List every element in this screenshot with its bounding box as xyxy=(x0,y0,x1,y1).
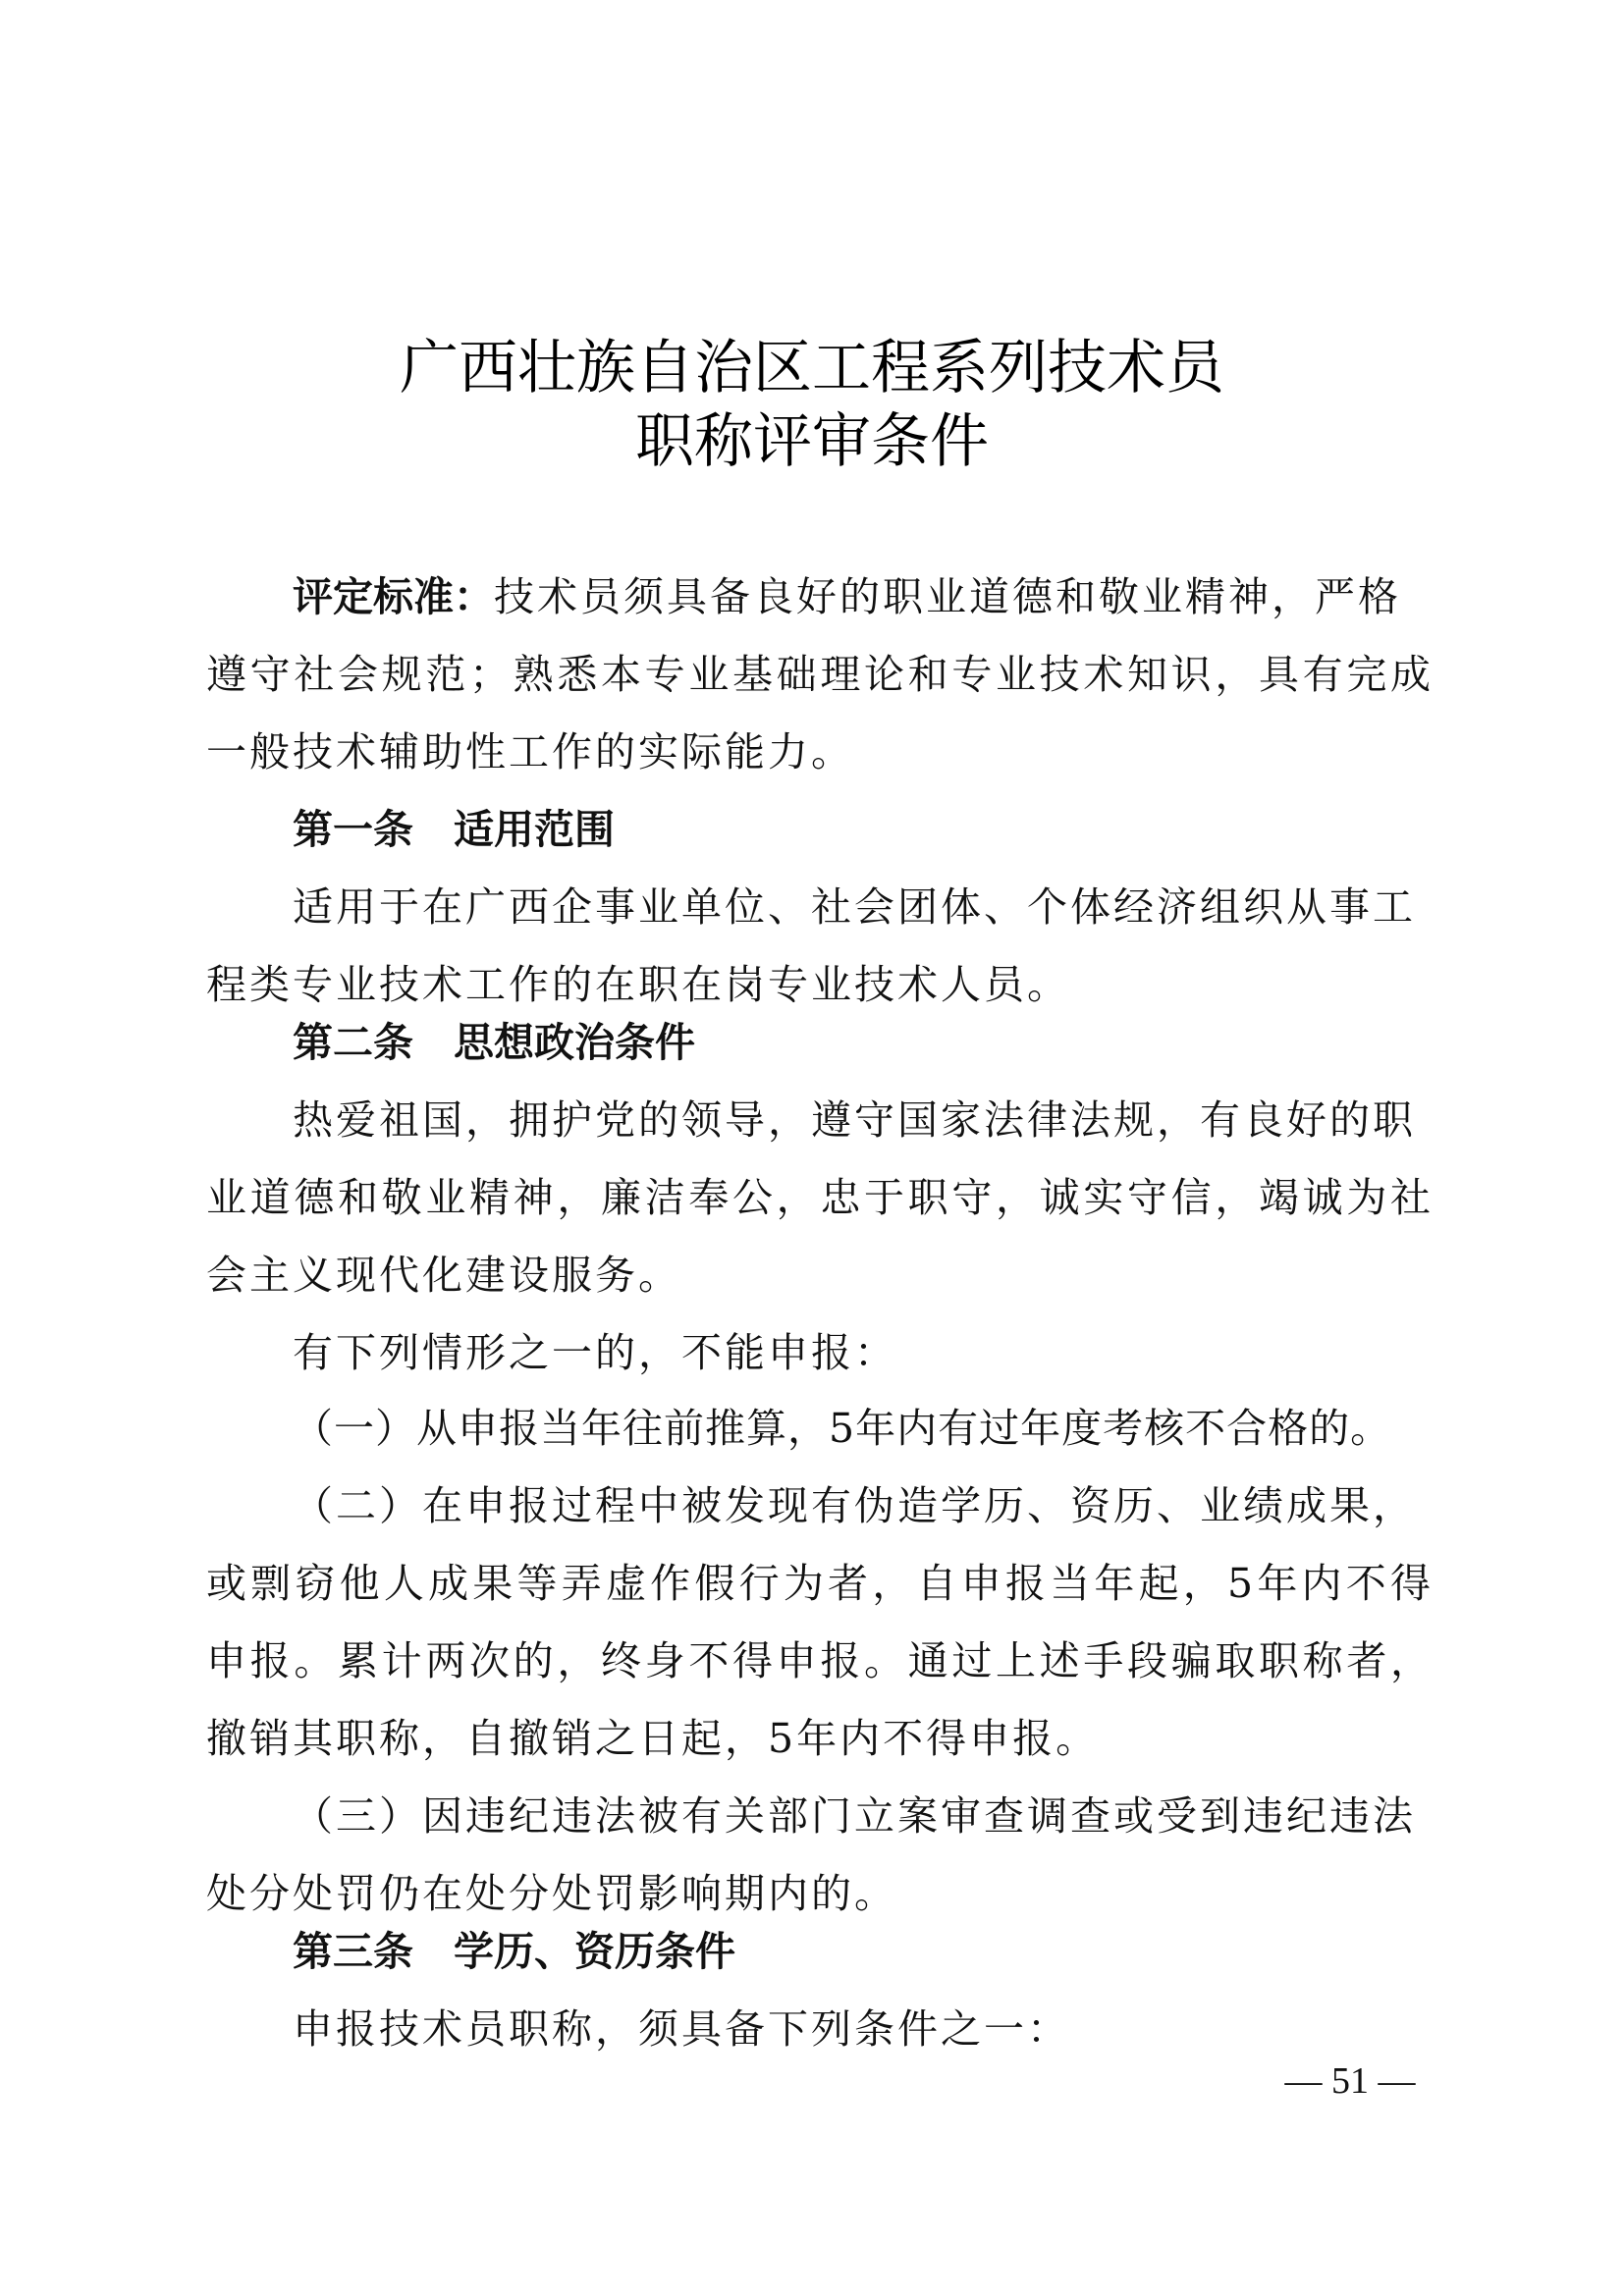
title-line-2: 职称评审条件 xyxy=(0,402,1624,481)
article-2-intro: 有下列情形之一的，不能申报： xyxy=(293,1328,1520,1377)
article-2-item-3-line-2: 处分处罚仍在处分处罚影响期内的。 xyxy=(206,1869,1434,1918)
article-2-text-3: 会主义现代化建设服务。 xyxy=(206,1251,1434,1300)
article-2-text-1: 热爱祖国，拥护党的领导，遵守国家法律法规，有良好的职 xyxy=(293,1095,1520,1145)
article-1-text-2: 程类专业技术工作的在职在岗专业技术人员。 xyxy=(206,960,1434,1009)
article-2-item-2-line-1: （二）在申报过程中被发现有伪造学历、资历、业绩成果， xyxy=(293,1481,1520,1530)
standard-text-2: 遵守社会规范；熟悉本专业基础理论和专业技术知识，具有完成 xyxy=(206,650,1434,699)
article-2-item-2-line-2: 或剽窃他人成果等弄虚作假行为者，自申报当年起，5年内不得 xyxy=(206,1559,1434,1608)
page-number: — 51 — xyxy=(1267,2056,1434,2106)
article-2-item-3-line-1: （三）因违纪违法被有关部门立案审查调查或受到违纪违法 xyxy=(293,1791,1520,1841)
article-1-heading: 第一条 适用范围 xyxy=(293,805,1520,854)
article-3-heading: 第三条 学历、资历条件 xyxy=(293,1927,1520,1976)
standard-label: 评定标准： xyxy=(293,573,494,620)
standard-text-3: 一般技术辅助性工作的实际能力。 xyxy=(206,727,1434,776)
article-2-heading: 第二条 思想政治条件 xyxy=(293,1018,1520,1067)
article-2-item-2-line-4: 撤销其职称，自撤销之日起，5年内不得申报。 xyxy=(206,1714,1434,1763)
article-3-text-1: 申报技术员职称，须具备下列条件之一： xyxy=(293,2004,1520,2054)
article-2-text-2: 业道德和敬业精神，廉洁奉公，忠于职守，诚实守信，竭诚为社 xyxy=(206,1173,1434,1222)
article-2-item-2-line-3: 申报。累计两次的，终身不得申报。通过上述手段骗取职称者， xyxy=(206,1636,1434,1685)
article-2-item-1: （一）从申报当年往前推算，5年内有过年度考核不合格的。 xyxy=(293,1404,1520,1453)
article-1-text-1: 适用于在广西企事业单位、社会团体、个体经济组织从事工 xyxy=(293,882,1520,932)
title-line-1: 广西壮族自治区工程系列技术员 xyxy=(0,329,1624,407)
standard-text-1: 技术员须具备良好的职业道德和敬业精神，严格 xyxy=(494,573,1401,620)
